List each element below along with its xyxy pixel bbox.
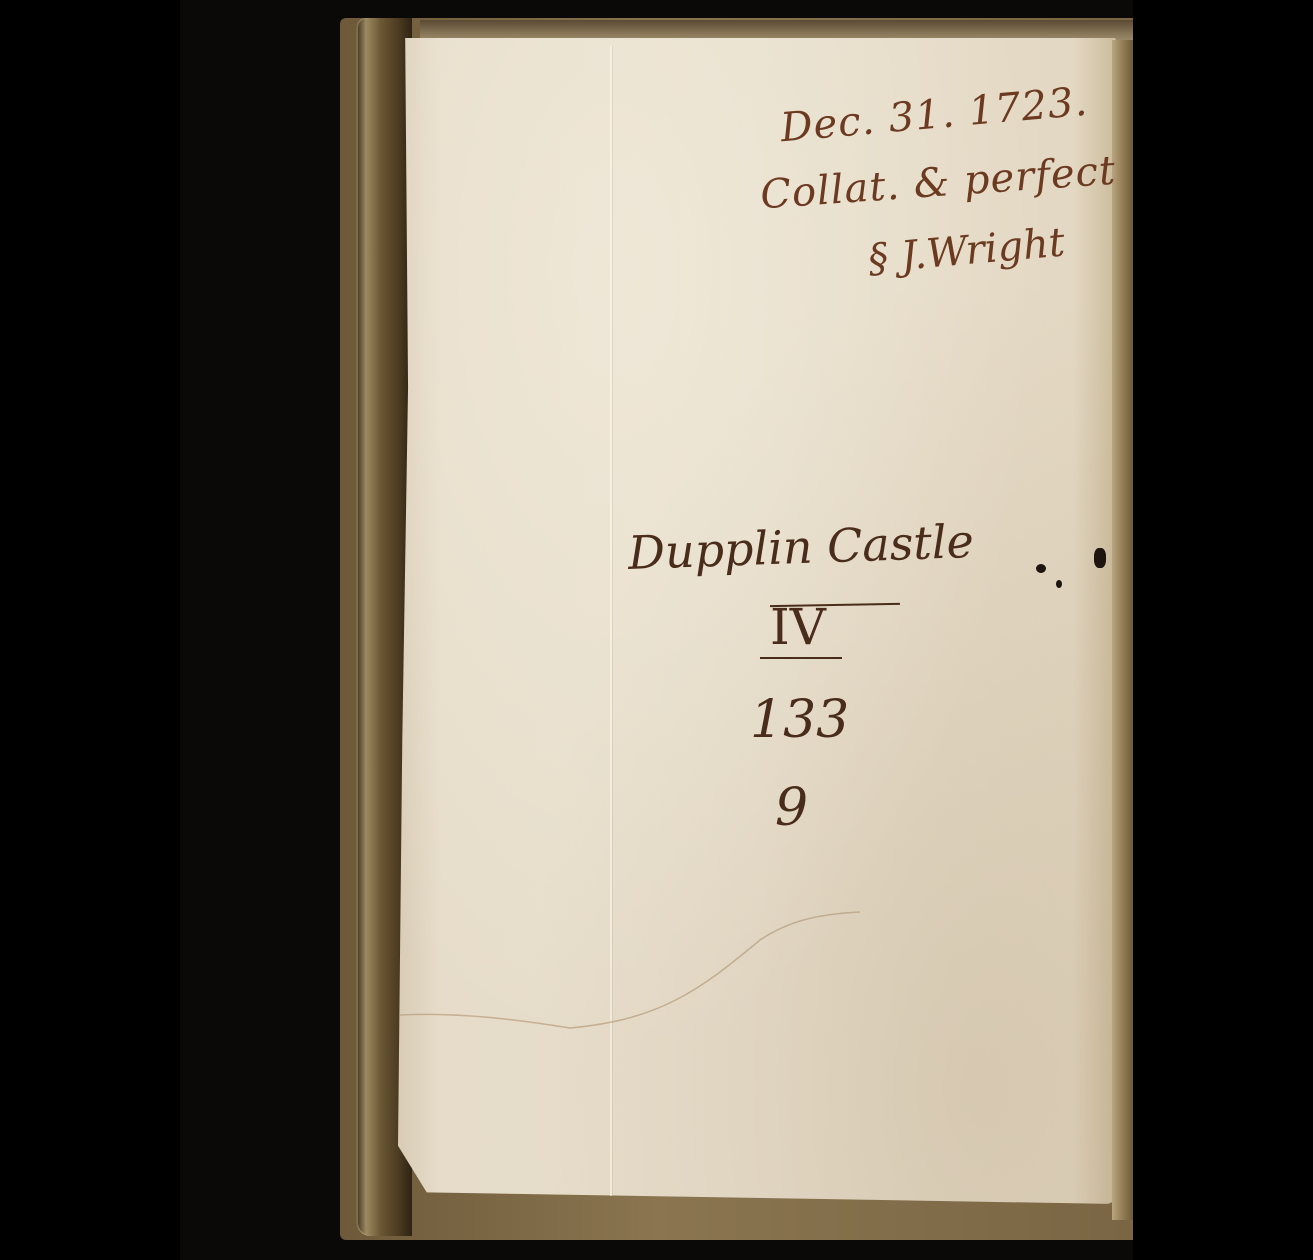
shelfmark-underline	[760, 657, 842, 659]
ink-spot	[1036, 564, 1046, 573]
ink-spot	[1056, 580, 1062, 588]
page-fore-edge	[1112, 40, 1133, 1220]
paper-fold-line	[610, 46, 612, 1196]
flyleaf-page	[398, 38, 1116, 1204]
ink-spot	[1094, 548, 1106, 568]
shelfmark-number: 9	[775, 778, 808, 838]
shelfmark-shelf: 133	[750, 690, 849, 750]
shelfmark-press: IV	[770, 598, 826, 656]
